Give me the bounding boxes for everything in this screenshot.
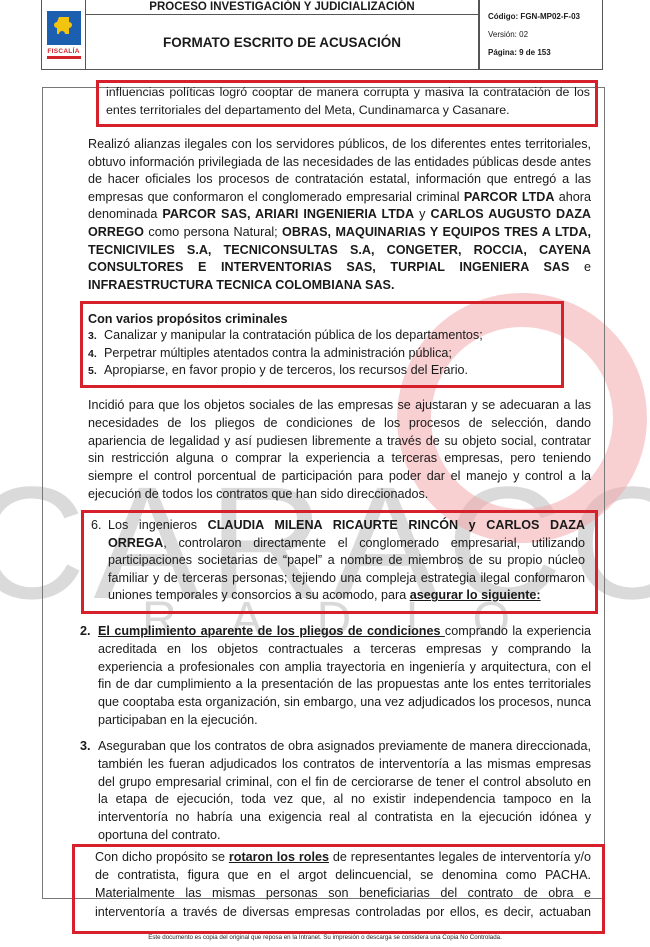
p2-text-8: e bbox=[569, 260, 591, 274]
purpose-num: 4. bbox=[88, 346, 104, 363]
item-3-number: 3. bbox=[80, 738, 98, 756]
purposes-section: Con varios propósitos criminales 3.Canal… bbox=[88, 311, 558, 380]
document-meta: Código: FGN-MP02-F-03 Versión: 02 Página… bbox=[479, 0, 603, 70]
list-item-2: 2.El cumplimiento aparente de los pliego… bbox=[80, 623, 591, 730]
purpose-text: Canalizar y manipular la contratación pú… bbox=[104, 328, 483, 342]
purpose-item: 4.Perpetrar múltiples atentados contra l… bbox=[88, 345, 558, 363]
purpose-item: 3.Canalizar y manipular la contratación … bbox=[88, 327, 558, 345]
p4-text-0: Con dicho propósito se bbox=[95, 850, 229, 864]
item-2-underlined: El cumplimiento aparente de los pliegos … bbox=[98, 624, 445, 638]
purposes-heading: Con varios propósitos criminales bbox=[88, 311, 558, 327]
document-header: FISCALÍA PROCESO INVESTIGACIÓN Y JUDICIA… bbox=[41, 0, 479, 70]
p2-bold-1: PARCOR LTDA bbox=[464, 190, 555, 204]
p4-underlined: rotaron los roles bbox=[229, 850, 329, 864]
item-3-text: Aseguraban que los contratos de obra asi… bbox=[98, 739, 591, 842]
item-2-text: comprando la experiencia acreditada en l… bbox=[98, 624, 591, 727]
paragraph-2: Realizó alianzas ilegales con los servid… bbox=[88, 136, 591, 294]
logo-bar bbox=[47, 56, 81, 59]
footer-disclaimer: Este documento es copia del original que… bbox=[0, 934, 650, 941]
p2-text-4: y bbox=[414, 207, 430, 221]
p2-bold-3: PARCOR SAS, ARIARI INGENIERIA LTDA bbox=[162, 207, 414, 221]
purpose-text: Apropiarse, en favor propio y de tercero… bbox=[104, 363, 468, 377]
purpose-num: 5. bbox=[88, 363, 104, 380]
item-2-number: 2. bbox=[80, 623, 98, 641]
purpose-text: Perpetrar múltiples atentados contra la … bbox=[104, 346, 452, 360]
logo-text: FISCALÍA bbox=[47, 48, 81, 55]
purpose-num: 3. bbox=[88, 328, 104, 345]
logo-cell: FISCALÍA bbox=[42, 0, 86, 70]
list-item-6: 6.Los ingenieros CLAUDIA MILENA RICAURTE… bbox=[91, 517, 585, 605]
document-code: Código: FGN-MP02-F-03 bbox=[484, 8, 602, 26]
item-6-underlined: asegurar lo siguiente: bbox=[410, 588, 541, 602]
list-item-3: 3.Aseguraban que los contratos de obra a… bbox=[80, 738, 591, 845]
fiscalia-logo: FISCALÍA bbox=[47, 11, 81, 59]
paragraph-1-text: influencias políticas logró cooptar de m… bbox=[106, 85, 590, 117]
p2-bold-9: INFRAESTRUCTURA TECNICA COLOMBIANA SAS. bbox=[88, 278, 394, 292]
purpose-item: 5.Apropiarse, en favor propio y de terce… bbox=[88, 362, 558, 380]
puzzle-icon bbox=[47, 11, 81, 45]
meta-cell: Código: FGN-MP02-F-03 Versión: 02 Página… bbox=[480, 0, 603, 70]
page-number: Página: 9 de 153 bbox=[484, 44, 602, 62]
p2-text-6: como persona Natural; bbox=[144, 225, 282, 239]
document-version: Versión: 02 bbox=[484, 26, 602, 44]
item-6-number: 6. bbox=[91, 517, 108, 535]
form-title: FORMATO ESCRITO DE ACUSACIÓN bbox=[86, 15, 479, 70]
process-title: PROCESO INVESTIGACIÓN Y JUDICIALIZACIÓN bbox=[86, 0, 479, 15]
paragraph-3-text: Incidió para que los objetos sociales de… bbox=[88, 398, 591, 501]
paragraph-3: Incidió para que los objetos sociales de… bbox=[88, 397, 591, 504]
paragraph-4: Con dicho propósito se rotaron los roles… bbox=[95, 848, 591, 921]
item-6-text-0: Los ingenieros bbox=[108, 518, 208, 532]
paragraph-1: influencias políticas logró cooptar de m… bbox=[106, 84, 590, 119]
